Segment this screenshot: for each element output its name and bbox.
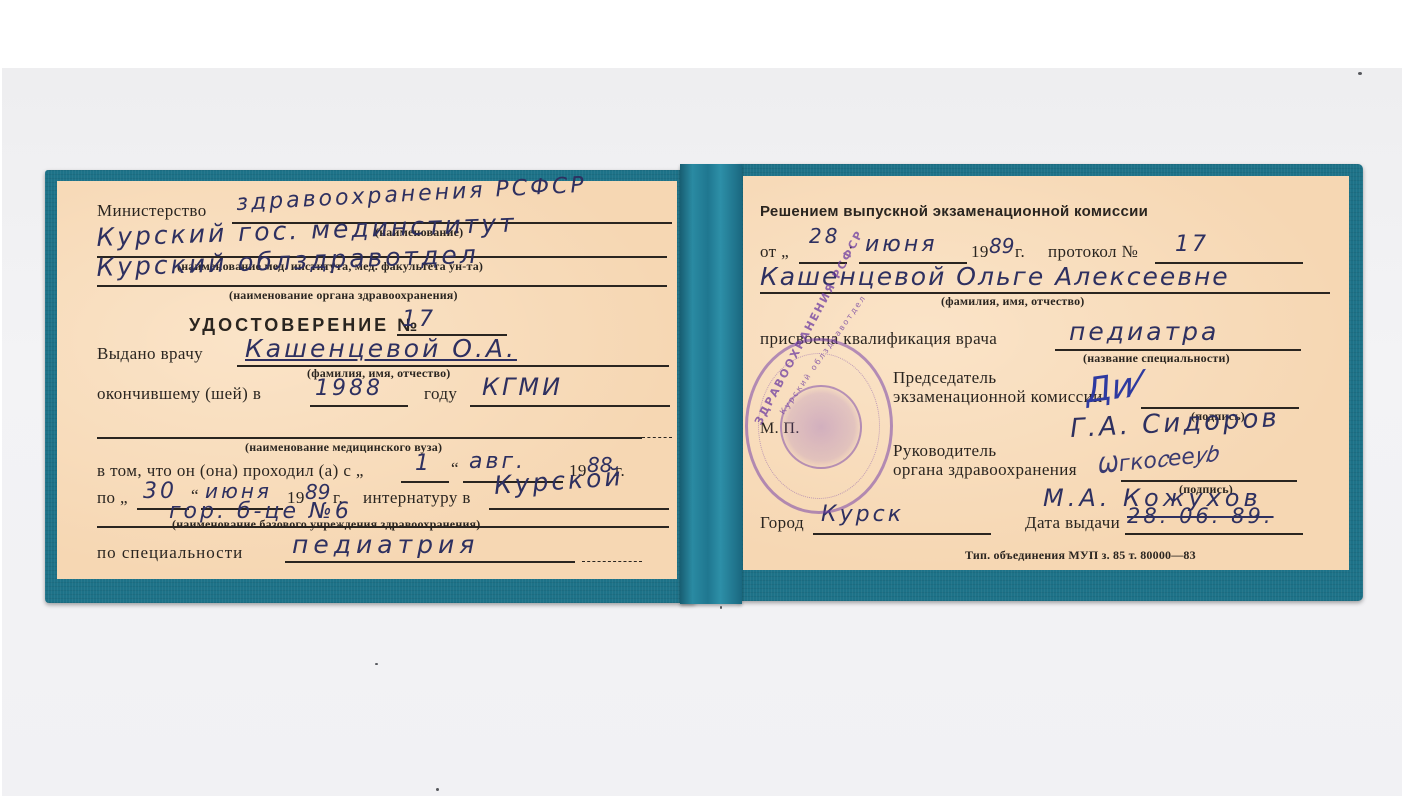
- city-underline: [813, 533, 991, 535]
- protocol-label: протокол №: [1048, 242, 1138, 262]
- base-institution-underline-1: [489, 508, 669, 510]
- decision-day: 28: [809, 224, 840, 248]
- specialty-label: по специальности: [97, 543, 243, 563]
- graduated-year: 1988: [315, 376, 383, 401]
- head-label-line1: Руководитель: [893, 441, 997, 461]
- from-day-underline: [401, 481, 449, 483]
- issue-date-handwritten: 28. 06. 89.: [1127, 504, 1274, 528]
- issued-handwritten: Кашенцевой О.А.: [245, 334, 517, 363]
- health-body-caption: (наименование органа здравоохранения): [229, 288, 458, 303]
- official-stamp: ЗДРАВООХРАНЕНИЯ РСФСР Курский облздравот…: [745, 338, 893, 514]
- university-dash: [642, 437, 672, 438]
- certificate-title: УДОСТОВЕРЕНИЕ №: [189, 315, 420, 336]
- full-name-caption: (фамилия, имя, отчество): [941, 294, 1085, 309]
- graduated-label: окончившему (шей) в: [97, 384, 261, 404]
- ministry-label: Министерство: [97, 201, 207, 221]
- book-spine: [680, 164, 742, 604]
- city-label: Город: [760, 513, 804, 533]
- decision-from-label: от „: [760, 242, 789, 262]
- certificate-number: 17: [402, 307, 436, 332]
- university-underline: [470, 405, 670, 407]
- internship-from-label: в том, что он (она) проходил (а) с „: [97, 461, 364, 481]
- decision-year-prefix: 19: [971, 242, 989, 262]
- year-label: году: [424, 384, 457, 404]
- issued-label: Выдано врачу: [97, 344, 203, 364]
- specialty-dash: [582, 561, 642, 562]
- decision-month: июня: [865, 232, 937, 257]
- qualification-handwritten: педиатра: [1069, 317, 1219, 346]
- dust-speck: [1358, 72, 1362, 75]
- printer-note: Тип. объединения МУП з. 85 т. 80000—83: [965, 548, 1196, 563]
- left-page: Министерство здравоохранения РСФСР (наим…: [57, 181, 677, 579]
- internship-label: интернатуру в: [363, 488, 471, 508]
- university-caption: (наименование медицинского вуза): [245, 440, 442, 455]
- dust-speck: [375, 663, 378, 665]
- decision-year-g: г.: [1015, 242, 1025, 262]
- university-full-underline: [97, 437, 642, 439]
- issue-date-label: Дата выдачи: [1025, 513, 1120, 533]
- graduated-year-underline: [310, 405, 408, 407]
- qualification-caption: (название специальности): [1083, 351, 1230, 366]
- health-body-underline: [97, 285, 667, 287]
- dust-speck: [436, 788, 439, 791]
- from-day: 1: [415, 451, 432, 476]
- decision-year-suffix: 89: [989, 234, 1014, 258]
- decision-label: Решением выпускной экзаменационной комис…: [760, 203, 1148, 220]
- issue-date-underline: [1125, 533, 1303, 535]
- chairman-signature: Ди⁄: [1082, 364, 1141, 411]
- protocol-number: 17: [1175, 232, 1209, 257]
- chairman-label-line2: экзаменационной комиссии: [893, 387, 1103, 407]
- specialty-underline: [285, 561, 575, 563]
- university-handwritten: КГМИ: [482, 373, 563, 401]
- quote-mark: “: [451, 459, 459, 479]
- specialty-handwritten: педиатрия: [292, 530, 479, 559]
- chairman-label-line1: Председатель: [893, 368, 997, 388]
- head-label-line2: органа здравоохранения: [893, 460, 1077, 480]
- issued-underline: [237, 365, 669, 367]
- to-label: по „: [97, 488, 128, 508]
- dust-speck: [720, 606, 722, 609]
